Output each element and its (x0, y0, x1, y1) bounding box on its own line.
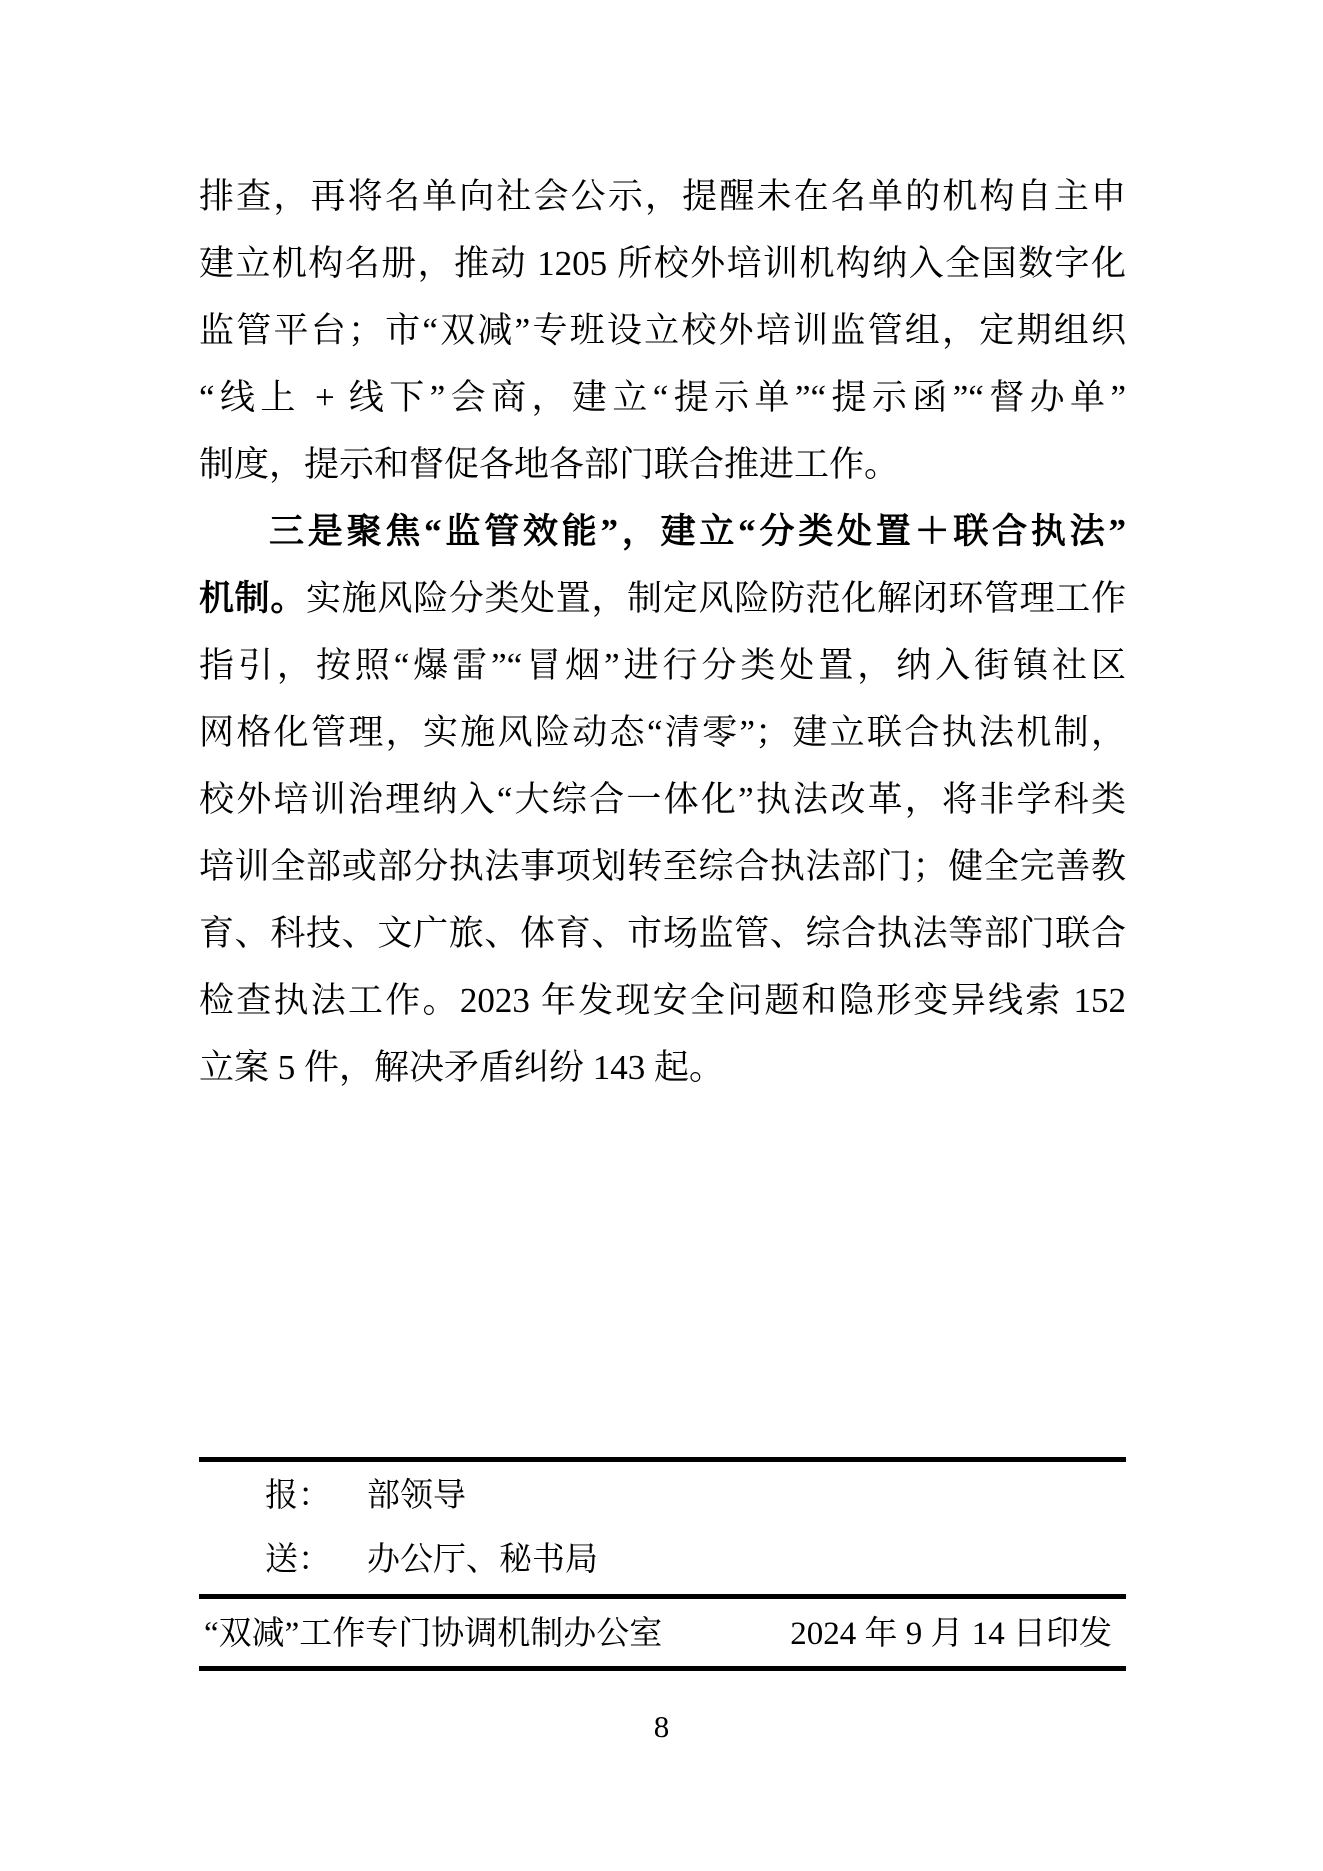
text-run: 检查执法工作。2023 年发现安全问题和隐形变异线索 152 个、 (199, 981, 1126, 1034)
text-line: 排查，再将名单向社会公示，提醒未在名单的机构自主申报， (199, 163, 1126, 230)
text-line: 培训全部或部分执法事项划转至综合执法部门；健全完善教 (199, 833, 1126, 900)
text-line: 育、科技、文广旅、体育、市场监管、综合执法等部门联合 (199, 900, 1126, 967)
bold-text-run: 三是聚焦“监管效能”，建立“分类处置＋联合执法” (269, 512, 1126, 551)
send-to-label: 送： (265, 1542, 331, 1578)
footer-rule-bottom (199, 1666, 1126, 1671)
text-line: 机制。实施风险分类处置，制定风险防范化解闭环管理工作 (199, 565, 1126, 632)
text-line: 校外培训治理纳入“大综合一体化”执法改革，将非学科类 (199, 766, 1126, 833)
text-line: 立案 5 件，解决矛盾纠纷 143 起。 (199, 1034, 1126, 1101)
text-run: 排查，再将名单向社会公示，提醒未在名单的机构自主申报， (199, 177, 1126, 230)
issuer-name: “双减”工作专门协调机制办公室 (204, 1613, 662, 1655)
document-page: 排查，再将名单向社会公示，提醒未在名单的机构自主申报，建立机构名册，推动 120… (0, 0, 1323, 1871)
text-line: 检查执法工作。2023 年发现安全问题和隐形变异线索 152 个、 (199, 967, 1126, 1034)
text-run: 监管平台；市“双减”专班设立校外培训监管组，定期组织 (199, 311, 1126, 350)
body-text: 排查，再将名单向社会公示，提醒未在名单的机构自主申报，建立机构名册，推动 120… (199, 163, 1126, 1101)
text-line: 网格化管理，实施风险动态“清零”；建立联合执法机制， (199, 699, 1126, 766)
footer-rule-top (199, 1457, 1126, 1462)
text-run: 实施风险分类处置，制定风险防范化解闭环管理工作 (306, 579, 1126, 618)
text-line: 指引，按照“爆雷”“冒烟”进行分类处置，纳入街镇社区 (199, 632, 1126, 699)
text-run: “线上 + 线下”会商，建立“提示单”“提示函”“督办单” (199, 378, 1126, 417)
send-to-value: 办公厅、秘书局 (367, 1542, 598, 1578)
print-date: 2024 年 9 月 14 日印发 (790, 1613, 1112, 1655)
text-run: 育、科技、文广旅、体育、市场监管、综合执法等部门联合 (199, 914, 1126, 953)
text-run: 培训全部或部分执法事项划转至综合执法部门；健全完善教 (199, 847, 1126, 886)
text-line: 监管平台；市“双减”专班设立校外培训监管组，定期组织 (199, 297, 1126, 364)
text-line: “线上 + 线下”会商，建立“提示单”“提示函”“督办单” (199, 364, 1126, 431)
text-run: 建立机构名册，推动 1205 所校外培训机构纳入全国数字化 (199, 244, 1126, 283)
footer-rule-middle (199, 1594, 1126, 1599)
text-line: 建立机构名册，推动 1205 所校外培训机构纳入全国数字化 (199, 230, 1126, 297)
text-run: 立案 5 件，解决矛盾纠纷 143 起。 (199, 1048, 724, 1087)
report-to-value: 部领导 (367, 1478, 466, 1514)
text-line: 制度，提示和督促各地各部门联合推进工作。 (199, 431, 1126, 498)
text-run: 校外培训治理纳入“大综合一体化”执法改革，将非学科类 (199, 780, 1126, 819)
text-line: 三是聚焦“监管效能”，建立“分类处置＋联合执法” (199, 498, 1126, 565)
send-to-row: 送：办公厅、秘书局 (265, 1540, 598, 1580)
text-run: 网格化管理，实施风险动态“清零”；建立联合执法机制， (199, 713, 1126, 752)
report-to-row: 报：部领导 (265, 1476, 466, 1516)
bold-text-run: 机制。 (199, 579, 306, 618)
page-number: 8 (0, 1707, 1323, 1747)
text-run: 制度，提示和督促各地各部门联合推进工作。 (199, 445, 899, 484)
report-to-label: 报： (265, 1478, 331, 1514)
text-run: 指引，按照“爆雷”“冒烟”进行分类处置，纳入街镇社区 (199, 646, 1126, 685)
